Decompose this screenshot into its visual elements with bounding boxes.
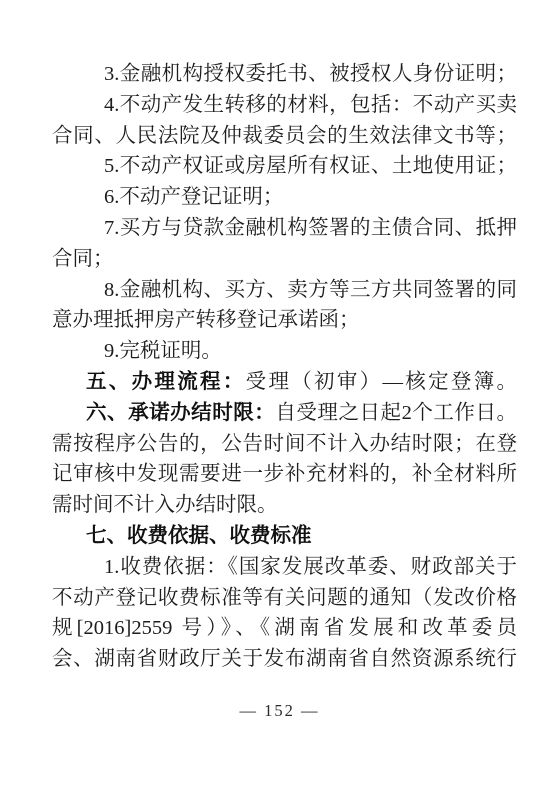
text-segment: 规[2016]2559 号）》、《湖南省发展和改革委员 (52, 617, 517, 639)
text-line: 9.完税证明。 (52, 336, 517, 367)
text-line: 五、办理流程：受理（初审）—核定登簿。 (52, 367, 517, 398)
text-line: 意办理抵押房产转移登记承诺函； (52, 305, 517, 336)
text-segment: 不动产登记收费标准等有关问题的通知（发改价格 (52, 587, 517, 609)
text-line: 合同、人民法院及仲裁委员会的生效法律文书等； (52, 121, 517, 152)
section-heading: 六、承诺办结时限： (86, 401, 275, 424)
page-number: — 152 — (0, 701, 559, 721)
text-segment: 合同、人民法院及仲裁委员会的生效法律文书等； (52, 125, 517, 147)
document-body: 3.金融机构授权委托书、被授权人身份证明；4.不动产发生转移的材料，包括：不动产… (52, 59, 517, 675)
text-segment: 9.完税证明。 (104, 340, 222, 362)
text-line: 5.不动产权证或房屋所有权证、土地使用证； (52, 151, 517, 182)
section-heading: 五、办理流程： (86, 370, 246, 393)
text-segment: 8.金融机构、买方、卖方等三方共同签署的同 (104, 279, 517, 301)
text-segment: 会、湖南省财政厅关于发布湖南省自然资源系统行 (52, 648, 517, 670)
text-segment: 自受理之日起2个工作日。 (275, 402, 517, 424)
section-heading: 七、收费依据、收费标准 (86, 524, 312, 547)
text-line: 规[2016]2559 号）》、《湖南省发展和改革委员 (52, 613, 517, 644)
text-segment: 意办理抵押房产转移登记承诺函； (52, 309, 360, 331)
text-segment: 需时间不计入办结时限。 (52, 494, 278, 516)
text-line: 3.金融机构授权委托书、被授权人身份证明； (52, 59, 517, 90)
page-number-label: — 152 — (240, 701, 320, 720)
text-line: 六、承诺办结时限：自受理之日起2个工作日。 (52, 398, 517, 429)
text-line: 8.金融机构、买方、卖方等三方共同签署的同 (52, 275, 517, 306)
text-segment: 4.不动产发生转移的材料，包括：不动产买卖 (104, 94, 517, 116)
text-segment: 5.不动产权证或房屋所有权证、土地使用证； (104, 155, 517, 177)
text-line: 七、收费依据、收费标准 (52, 521, 517, 552)
text-line: 需时间不计入办结时限。 (52, 490, 517, 521)
text-segment: 3.金融机构授权委托书、被授权人身份证明； (104, 63, 517, 85)
text-segment: 记审核中发现需要进一步补充材料的，补全材料所 (52, 463, 517, 485)
text-line: 6.不动产登记证明； (52, 182, 517, 213)
text-line: 记审核中发现需要进一步补充材料的，补全材料所 (52, 459, 517, 490)
text-segment: 受理（初审）—核定登簿。 (246, 371, 517, 393)
text-segment: 1.收费依据：《国家发展改革委、财政部关于 (104, 556, 517, 578)
text-segment: 合同； (52, 248, 114, 270)
text-segment: 6.不动产登记证明； (104, 186, 283, 208)
text-line: 4.不动产发生转移的材料，包括：不动产买卖 (52, 90, 517, 121)
text-segment: 7.买方与贷款金融机构签署的主债合同、抵押 (104, 217, 517, 239)
text-line: 7.买方与贷款金融机构签署的主债合同、抵押 (52, 213, 517, 244)
text-line: 1.收费依据：《国家发展改革委、财政部关于 (52, 552, 517, 583)
document-page: 3.金融机构授权委托书、被授权人身份证明；4.不动产发生转移的材料，包括：不动产… (0, 0, 559, 793)
text-line: 会、湖南省财政厅关于发布湖南省自然资源系统行 (52, 644, 517, 675)
text-line: 合同； (52, 244, 517, 275)
text-line: 不动产登记收费标准等有关问题的通知（发改价格 (52, 583, 517, 614)
text-segment: 需按程序公告的，公告时间不计入办结时限；在登 (52, 433, 517, 455)
text-line: 需按程序公告的，公告时间不计入办结时限；在登 (52, 429, 517, 460)
